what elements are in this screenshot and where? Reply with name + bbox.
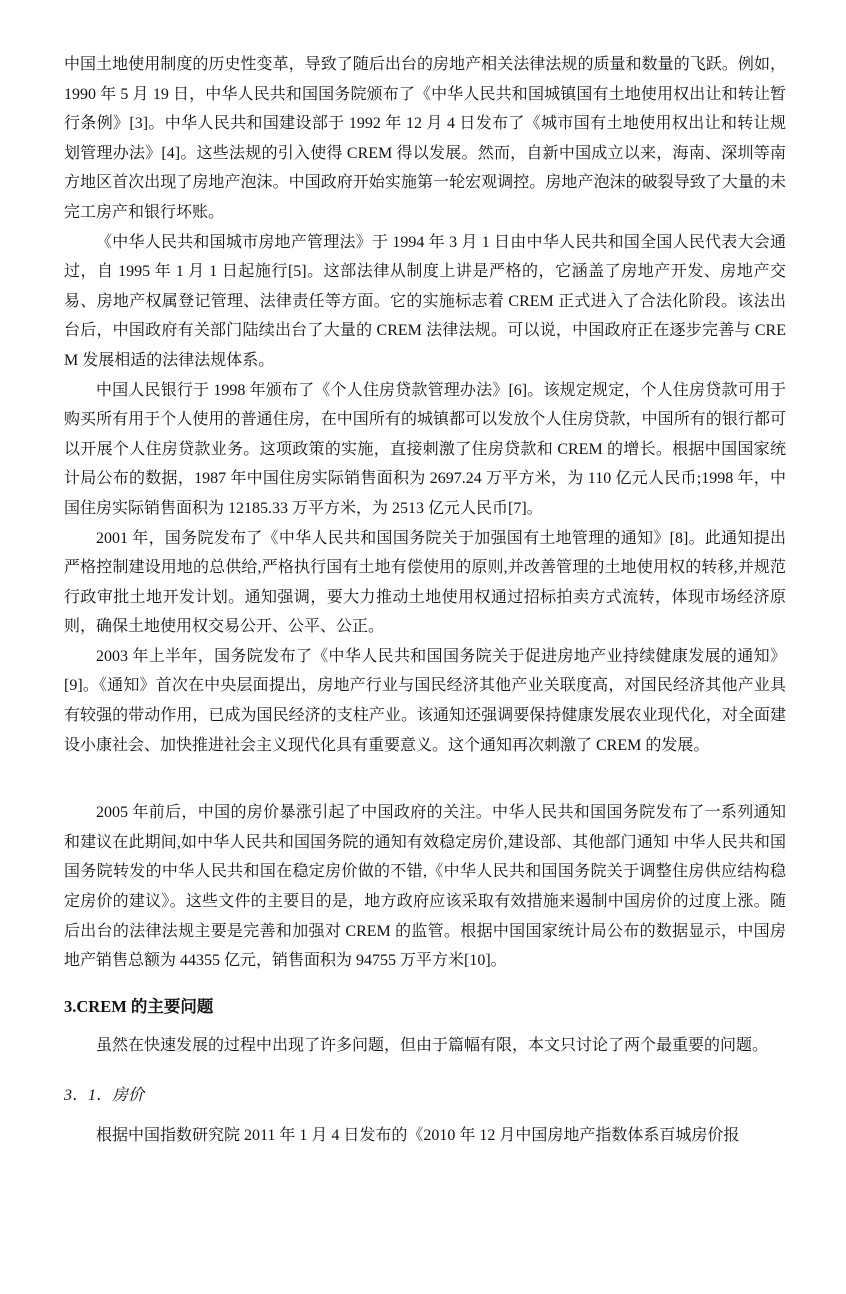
body-paragraph-2: 《中华人民共和国城市房地产管理法》于 1994 年 3 月 1 日由中华人民共和… bbox=[64, 228, 786, 376]
body-paragraph-6: 2005 年前后，中国的房价暴涨引起了中国政府的关注。中华人民共和国国务院发布了… bbox=[64, 798, 786, 976]
document-page: 中国土地使用制度的历史性变革，导致了随后出台的房地产相关法律法规的质量和数量的飞… bbox=[0, 0, 846, 1294]
subsection-heading: 3．1．房价 bbox=[64, 1081, 786, 1111]
body-paragraph-5: 2003 年上半年，国务院发布了《中华人民共和国国务院关于促进房地产业持续健康发… bbox=[64, 642, 786, 760]
body-paragraph-7: 虽然在快速发展的过程中出现了许多问题，但由于篇幅有限，本文只讨论了两个最重要的问… bbox=[64, 1031, 786, 1061]
body-paragraph-3: 中国人民银行于 1998 年颁布了《个人住房贷款管理办法》[6]。该规定规定，个… bbox=[64, 376, 786, 524]
body-paragraph-1: 中国土地使用制度的历史性变革，导致了随后出台的房地产相关法律法规的质量和数量的飞… bbox=[64, 50, 786, 228]
body-paragraph-4: 2001 年，国务院发布了《中华人民共和国国务院关于加强国有土地管理的通知》[8… bbox=[64, 524, 786, 642]
body-paragraph-8: 根据中国指数研究院 2011 年 1 月 4 日发布的《2010 年 12 月中… bbox=[64, 1121, 786, 1151]
section-heading: 3.CREM 的主要问题 bbox=[64, 992, 786, 1022]
document-body: 中国土地使用制度的历史性变革，导致了随后出台的房地产相关法律法规的质量和数量的飞… bbox=[64, 50, 786, 1150]
